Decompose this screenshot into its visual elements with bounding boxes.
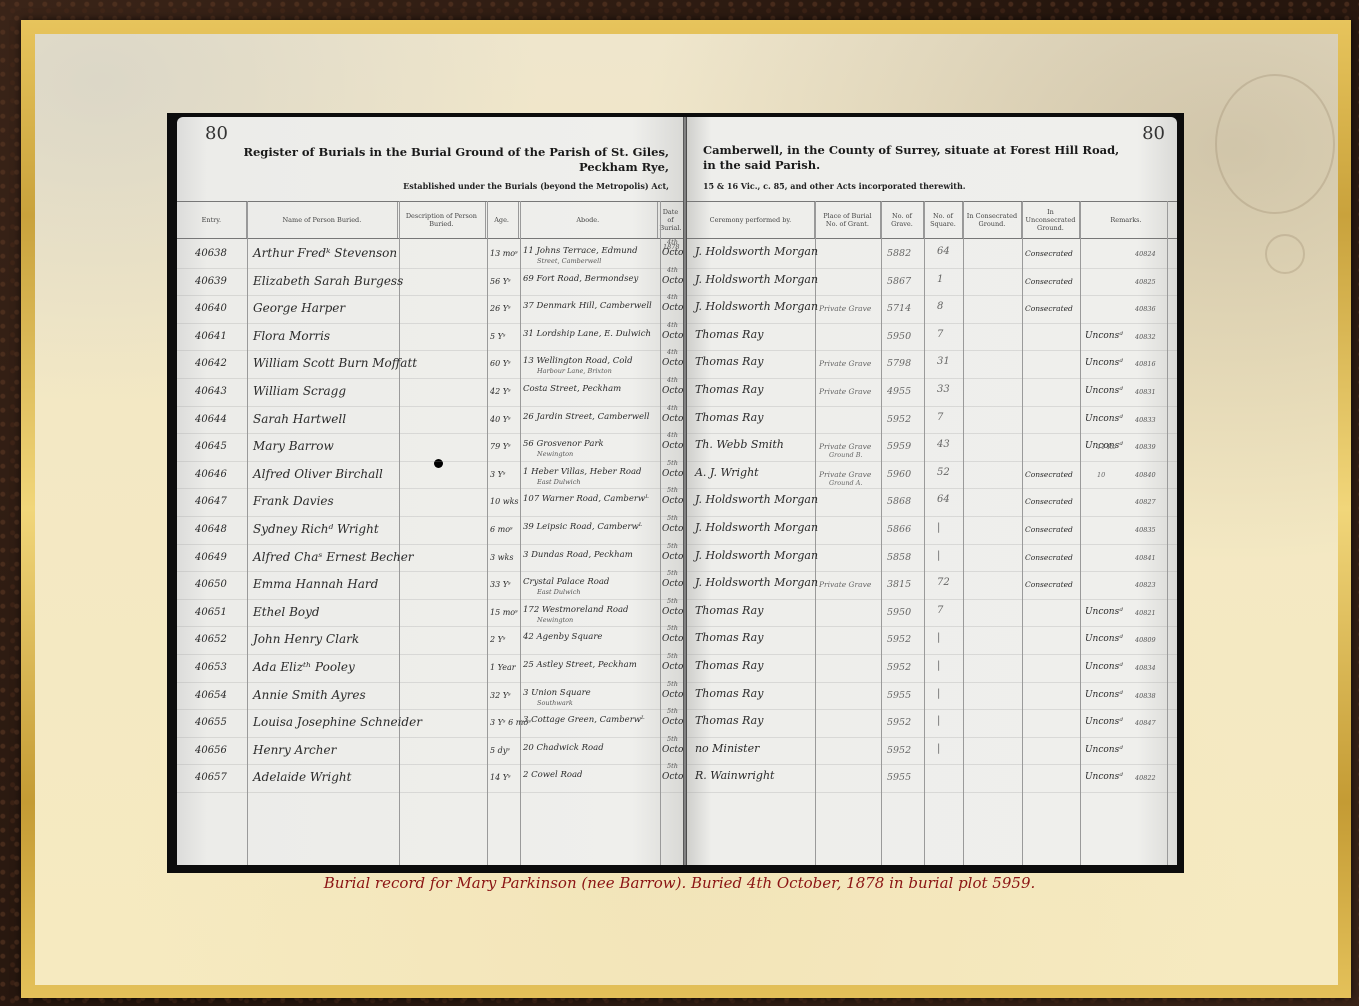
abode-line2: Newington — [537, 616, 573, 624]
consecrated-ground: Consecrated — [1025, 497, 1073, 506]
grave-number: 5959 — [887, 441, 911, 452]
square-number: 7 — [937, 605, 943, 616]
abode: 42 Agenby Square — [523, 632, 602, 642]
header-unconsecrated: In Unconsecrated Ground. — [1022, 202, 1080, 238]
entry-number: 40654 — [195, 690, 227, 701]
unconsecrated-ground: Unconsᵈ — [1085, 386, 1123, 396]
ceremony-performed-by: J. Holdsworth Morgan — [695, 521, 818, 534]
burial-month: Octo — [662, 331, 683, 341]
ceremony-performed-by: A. J. Wright — [695, 466, 759, 479]
abode: 2 Cowel Road — [523, 770, 582, 780]
age: 2 Yˢ — [490, 635, 506, 644]
reference-number: 40838 — [1135, 692, 1156, 700]
grave-number: 5866 — [887, 524, 911, 535]
table-row: J. Holdsworth Morgan 5866 | Consecrated … — [687, 517, 1177, 545]
consecrated-ground: Consecrated — [1025, 249, 1073, 258]
burial-month: Octo — [662, 414, 683, 424]
table-row: J. Holdsworth Morgan Private Grave 3815 … — [687, 572, 1177, 600]
table-row: 40656 Henry Archer 5 dyˢ 20 Chadwick Roa… — [177, 738, 683, 766]
entry-number: 40646 — [195, 469, 227, 480]
unconsecrated-ground: Unconsᵈ — [1085, 717, 1123, 727]
square-number: 64 — [937, 494, 950, 505]
abode: Costa Street, Peckham — [523, 384, 621, 394]
entry-number: 40638 — [195, 248, 227, 259]
person-name: Mary Barrow — [253, 439, 334, 453]
square-number: 7 — [937, 412, 943, 423]
reference-number: 40834 — [1135, 664, 1156, 672]
abode-line2: Southwark — [537, 699, 573, 707]
age: 5 dyˢ — [490, 746, 510, 755]
abode: 26 Jardin Street, Camberwell — [523, 412, 649, 422]
ceremony-performed-by: J. Holdsworth Morgan — [695, 245, 818, 258]
burial-entries-left: 40638 Arthur Fredᵏ Stevenson 13 moˢ 11 J… — [177, 241, 683, 865]
header-entry: Entry. — [177, 202, 247, 238]
reference-number: 40836 — [1135, 305, 1156, 313]
entry-number: 40648 — [195, 524, 227, 535]
unconsecrated-ground: Unconsᵈ — [1085, 662, 1123, 672]
reference-number: 40823 — [1135, 581, 1156, 589]
reference-number: 40833 — [1135, 416, 1156, 424]
abode: 56 Grosvenor Park — [523, 439, 604, 449]
table-row: J. Holdsworth Morgan 5858 | Consecrated … — [687, 545, 1177, 573]
square-number: 1 — [937, 274, 943, 285]
burial-day: 4th — [667, 238, 678, 246]
grave-number: 5714 — [887, 303, 911, 314]
ceremony-performed-by: J. Holdsworth Morgan — [695, 300, 818, 313]
table-row: Thomas Ray 5950 7 Unconsᵈ 40821 — [687, 600, 1177, 628]
reference-number: 40827 — [1135, 498, 1156, 506]
flourish-ornament — [1215, 74, 1335, 214]
grave-number: 5952 — [887, 414, 911, 425]
consecrated-ground: Consecrated — [1025, 277, 1073, 286]
abode: 25 Astley Street, Peckham — [523, 660, 637, 670]
entry-number: 40657 — [195, 772, 227, 783]
square-number: 33 — [937, 384, 950, 395]
entry-number: 40640 — [195, 303, 227, 314]
table-row: 40649 Alfred Chaˢ Ernest Becher 3 wks 3 … — [177, 545, 683, 573]
table-row: Thomas Ray 5952 7 Unconsᵈ 40833 — [687, 407, 1177, 435]
age: 26 Yˢ — [490, 304, 511, 313]
abode: 69 Fort Road, Bermondsey — [523, 274, 638, 284]
square-number: | — [937, 688, 940, 699]
title-line: in the said Parish. — [703, 158, 1119, 173]
ceremony-performed-by: Thomas Ray — [695, 383, 763, 396]
unconsecrated-ground: Unconsᵈ — [1085, 358, 1123, 368]
grave-number: 5858 — [887, 552, 911, 563]
entry-number: 40643 — [195, 386, 227, 397]
header-square: No. of Square. — [924, 202, 963, 238]
entry-number: 40650 — [195, 579, 227, 590]
consecrated-ground: Consecrated — [1025, 304, 1073, 313]
table-row: 40641 Flora Morris 5 Yˢ 31 Lordship Lane… — [177, 324, 683, 352]
abode: 107 Warner Road, Camberwᴸ — [523, 494, 649, 504]
burial-month: Octo — [662, 745, 683, 755]
person-name: Ada Elizᵗʰ Pooley — [253, 660, 355, 674]
register-photo: 80 Register of Burials in the Burial Gro… — [167, 113, 1184, 873]
entry-number: 40653 — [195, 662, 227, 673]
table-row: 40640 George Harper 26 Yˢ 37 Denmark Hil… — [177, 296, 683, 324]
photo-caption: Burial record for Mary Parkinson (nee Ba… — [0, 874, 1359, 892]
burial-month: Octo — [662, 579, 683, 589]
reference-number: 40816 — [1135, 360, 1156, 368]
burial-day: 5th — [667, 459, 678, 467]
person-name: George Harper — [253, 301, 345, 315]
burial-day: 4th — [667, 348, 678, 356]
ceremony-performed-by: J. Holdsworth Morgan — [695, 273, 818, 286]
age: 13 moˢ — [490, 249, 518, 258]
square-number: 64 — [937, 246, 950, 257]
burial-month: Octo — [662, 717, 683, 727]
header-abode: Abode. — [519, 202, 658, 238]
reference-number: 40809 — [1135, 636, 1156, 644]
square-number: 8 — [937, 301, 943, 312]
place-of-burial: Private Grave — [819, 470, 871, 479]
burial-month: Octo — [662, 248, 683, 258]
square-number: | — [937, 743, 940, 754]
abode: 1 Heber Villas, Heber Road — [523, 467, 641, 477]
abode-line2: East Dulwich — [537, 478, 581, 486]
table-row: J. Holdsworth Morgan 5867 1 Consecrated … — [687, 269, 1177, 297]
square-number: | — [937, 550, 940, 561]
reference-number: 40821 — [1135, 609, 1156, 617]
square-number: | — [937, 632, 940, 643]
entry-number: 40639 — [195, 276, 227, 287]
burial-day: 4th — [667, 266, 678, 274]
header-place: Place of Burial No. of Grant. — [815, 202, 881, 238]
remark: 10 — [1097, 471, 1105, 479]
ceremony-performed-by: Th. Webb Smith — [695, 438, 784, 451]
square-number: 31 — [937, 356, 950, 367]
table-row: Thomas Ray 5952 | Unconsᵈ 40809 — [687, 627, 1177, 655]
ceremony-performed-by: R. Wainwright — [695, 769, 775, 782]
ceremony-performed-by: J. Holdsworth Morgan — [695, 549, 818, 562]
table-row: 40639 Elizabeth Sarah Burgess 56 Yˢ 69 F… — [177, 269, 683, 297]
burial-day: 5th — [667, 624, 678, 632]
abode: 172 Westmoreland Road — [523, 605, 628, 615]
place-line2: Ground A. — [829, 479, 863, 487]
abode: 11 Johns Terrace, Edmund — [523, 246, 638, 256]
reference-number: 40841 — [1135, 554, 1156, 562]
unconsecrated-ground: Unconsᵈ — [1085, 745, 1123, 755]
age: 3 wks — [490, 553, 513, 562]
entry-number: 40647 — [195, 496, 227, 507]
register-subtitle-right: 15 & 16 Vic., c. 85, and other Acts inco… — [703, 181, 966, 191]
burial-day: 5th — [667, 569, 678, 577]
age: 3 Yˢ — [490, 470, 506, 479]
burial-entries-right: J. Holdsworth Morgan 5882 64 Consecrated… — [687, 241, 1177, 865]
age: 32 Yˢ — [490, 691, 511, 700]
unconsecrated-ground: Unconsᵈ — [1085, 414, 1123, 424]
abode: 13 Wellington Road, Cold — [523, 356, 633, 366]
table-row: J. Holdsworth Morgan 5882 64 Consecrated… — [687, 241, 1177, 269]
reference-number: 40839 — [1135, 443, 1156, 451]
table-row: Thomas Ray 5950 7 Unconsᵈ 40832 — [687, 324, 1177, 352]
abode: 39 Leipsic Road, Camberwᴸ — [523, 522, 642, 532]
square-number: 43 — [937, 439, 950, 450]
table-row: 40650 Emma Hannah Hard 33 Yˢ Crystal Pal… — [177, 572, 683, 600]
table-row: 40653 Ada Elizᵗʰ Pooley 1 Year 25 Astley… — [177, 655, 683, 683]
abode-line2: Street, Camberwell — [537, 257, 601, 265]
ceremony-performed-by: J. Holdsworth Morgan — [695, 576, 818, 589]
title-line: Register of Burials in the Burial Ground… — [243, 145, 669, 160]
reference-number: 40847 — [1135, 719, 1156, 727]
flourish-ornament — [1265, 234, 1305, 274]
abode: Crystal Palace Road — [523, 577, 609, 587]
left-page: 80 Register of Burials in the Burial Gro… — [177, 117, 683, 865]
age: 15 moˢ — [490, 608, 518, 617]
ceremony-performed-by: Thomas Ray — [695, 631, 763, 644]
right-page: 80 Camberwell, in the County of Surrey, … — [687, 117, 1177, 865]
grave-number: 3815 — [887, 579, 911, 590]
abode: 3 Cottage Green, Camberwᴸ — [523, 715, 645, 725]
header-grave: No. of Grave. — [881, 202, 924, 238]
grave-number: 5952 — [887, 717, 911, 728]
header-date: Date of Burial. — [658, 202, 683, 238]
burial-day: 5th — [667, 707, 678, 715]
table-row: no Minister 5952 | Unconsᵈ — [687, 738, 1177, 766]
burial-day: 5th — [667, 597, 678, 605]
consecrated-ground: Consecrated — [1025, 525, 1073, 534]
grave-number: 4955 — [887, 386, 911, 397]
grave-number: 5950 — [887, 607, 911, 618]
square-number: | — [937, 522, 940, 533]
unconsecrated-ground: Unconsᵈ — [1085, 634, 1123, 644]
place-of-burial: Private Grave — [819, 442, 871, 451]
entry-number: 40644 — [195, 414, 227, 425]
entry-number: 40641 — [195, 331, 227, 342]
burial-month: Octo — [662, 441, 683, 451]
burial-month: Octo — [662, 772, 683, 782]
reference-number: 40825 — [1135, 278, 1156, 286]
consecrated-ground: Consecrated — [1025, 580, 1073, 589]
page-number-left: 80 — [205, 123, 228, 144]
unconsecrated-ground: Unconsᵈ — [1085, 772, 1123, 782]
burial-month: Octo — [662, 276, 683, 286]
table-row: A. J. Wright Private Grave Ground A. 596… — [687, 462, 1177, 490]
table-row: Thomas Ray 5955 | Unconsᵈ 40838 — [687, 683, 1177, 711]
table-row: 40652 John Henry Clark 2 Yˢ 42 Agenby Sq… — [177, 627, 683, 655]
burial-month: Octo — [662, 634, 683, 644]
place-of-burial: Private Grave — [819, 580, 871, 589]
grave-number: 5867 — [887, 276, 911, 287]
table-row: 40654 Annie Smith Ayres 32 Yˢ 3 Union Sq… — [177, 683, 683, 711]
table-row: 40651 Ethel Boyd 15 moˢ 172 Westmoreland… — [177, 600, 683, 628]
ceremony-performed-by: Thomas Ray — [695, 355, 763, 368]
age: 79 Yˢ — [490, 442, 511, 451]
ceremony-performed-by: Thomas Ray — [695, 411, 763, 424]
person-name: Emma Hannah Hard — [253, 577, 378, 591]
person-name: Elizabeth Sarah Burgess — [253, 274, 403, 288]
grave-number: 5952 — [887, 745, 911, 756]
header-age: Age. — [486, 202, 519, 238]
entry-number: 40645 — [195, 441, 227, 452]
age: 14 Yˢ — [490, 773, 511, 782]
person-name: Alfred Chaˢ Ernest Becher — [253, 550, 414, 564]
table-row: J. Holdsworth Morgan Private Grave 5714 … — [687, 296, 1177, 324]
person-name: Arthur Fredᵏ Stevenson — [253, 246, 397, 260]
person-name: John Henry Clark — [253, 632, 359, 646]
table-row: Th. Webb Smith Private Grave Ground B. 5… — [687, 434, 1177, 462]
ceremony-performed-by: Thomas Ray — [695, 714, 763, 727]
person-name: Ethel Boyd — [253, 605, 320, 619]
square-number: | — [937, 715, 940, 726]
square-number: | — [937, 660, 940, 671]
abode-line2: East Dulwich — [537, 588, 581, 596]
abode: 20 Chadwick Road — [523, 743, 604, 753]
burial-day: 5th — [667, 762, 678, 770]
entry-number: 40655 — [195, 717, 227, 728]
person-name: Adelaide Wright — [253, 770, 351, 784]
age: 1 Year — [490, 663, 516, 672]
consecrated-ground: Consecrated — [1025, 470, 1073, 479]
table-row: J. Holdsworth Morgan 5868 64 Consecrated… — [687, 489, 1177, 517]
age: 40 Yˢ — [490, 415, 511, 424]
person-name: Frank Davies — [253, 494, 334, 508]
burial-month: Octo — [662, 469, 683, 479]
reference-number: 40840 — [1135, 471, 1156, 479]
column-headers-right: Ceremony performed by. Place of Burial N… — [687, 201, 1177, 239]
register-title-left: Register of Burials in the Burial Ground… — [243, 145, 669, 175]
header-name: Name of Person Buried. — [247, 202, 398, 238]
burial-day: 4th — [667, 293, 678, 301]
person-name: Sarah Hartwell — [253, 412, 346, 426]
burial-month: Octo — [662, 524, 683, 534]
header-remarks: Remarks. — [1080, 202, 1172, 238]
person-name: Flora Morris — [253, 329, 330, 343]
page-number-right: 80 — [1142, 123, 1165, 144]
unconsecrated-ground: Unconsᵈ — [1085, 331, 1123, 341]
reference-number: 40822 — [1135, 774, 1156, 782]
burial-day: 5th — [667, 652, 678, 660]
burial-month: Octo — [662, 386, 683, 396]
reference-number: 40835 — [1135, 526, 1156, 534]
person-name: William Scragg — [253, 384, 346, 398]
grave-number: 5960 — [887, 469, 911, 480]
remark: 11 Ro — [1097, 443, 1116, 451]
table-row: 40648 Sydney Richᵈ Wright 6 moˢ 39 Leips… — [177, 517, 683, 545]
ceremony-performed-by: Thomas Ray — [695, 328, 763, 341]
table-row: 40646 Alfred Oliver Birchall 3 Yˢ 1 Hebe… — [177, 462, 683, 490]
reference-number: 40824 — [1135, 250, 1156, 258]
abode: 3 Dundas Road, Peckham — [523, 550, 633, 560]
person-name: William Scott Burn Moffatt — [253, 356, 417, 370]
burial-month: Octo — [662, 552, 683, 562]
burial-month: Octo — [662, 303, 683, 313]
table-row: Thomas Ray 5952 | Unconsᵈ 40847 — [687, 710, 1177, 738]
burial-month: Octo — [662, 358, 683, 368]
age: 10 wks — [490, 497, 519, 506]
burial-day: 5th — [667, 735, 678, 743]
abode: 3 Union Square — [523, 688, 591, 698]
table-row: 40642 William Scott Burn Moffatt 60 Yˢ 1… — [177, 351, 683, 379]
table-row: 40647 Frank Davies 10 wks 107 Warner Roa… — [177, 489, 683, 517]
grave-number: 5798 — [887, 358, 911, 369]
age: 5 Yˢ — [490, 332, 506, 341]
ceremony-performed-by: Thomas Ray — [695, 604, 763, 617]
age: 6 moˢ — [490, 525, 513, 534]
burial-day: 5th — [667, 680, 678, 688]
grave-number: 5882 — [887, 248, 911, 259]
burial-day: 4th — [667, 404, 678, 412]
table-row: Thomas Ray 5952 | Unconsᵈ 40834 — [687, 655, 1177, 683]
table-row: 40643 William Scragg 42 Yˢ Costa Street,… — [177, 379, 683, 407]
grave-number: 5952 — [887, 634, 911, 645]
reference-number: 40832 — [1135, 333, 1156, 341]
age: 33 Yˢ — [490, 580, 511, 589]
burial-day: 5th — [667, 542, 678, 550]
burial-month: Octo — [662, 607, 683, 617]
header-description: Description of Person Buried. — [398, 202, 486, 238]
square-number: 72 — [937, 577, 950, 588]
person-name: Louisa Josephine Schneider — [253, 715, 422, 729]
table-row: Thomas Ray Private Grave 4955 33 Unconsᵈ… — [687, 379, 1177, 407]
entry-number: 40652 — [195, 634, 227, 645]
table-row: 40638 Arthur Fredᵏ Stevenson 13 moˢ 11 J… — [177, 241, 683, 269]
place-of-burial: Private Grave — [819, 304, 871, 313]
square-number: 7 — [937, 329, 943, 340]
abode: 31 Lordship Lane, E. Dulwich — [523, 329, 651, 339]
grave-number: 5950 — [887, 331, 911, 342]
burial-month: Octo — [662, 690, 683, 700]
age: 56 Yˢ — [490, 277, 511, 286]
consecrated-ground: Consecrated — [1025, 553, 1073, 562]
ceremony-performed-by: J. Holdsworth Morgan — [695, 493, 818, 506]
ceremony-performed-by: Thomas Ray — [695, 659, 763, 672]
person-name: Henry Archer — [253, 743, 336, 757]
burial-day: 4th — [667, 376, 678, 384]
open-register-book: 80 Register of Burials in the Burial Gro… — [177, 117, 1177, 865]
unconsecrated-ground: Unconsᵈ — [1085, 690, 1123, 700]
table-row: 40655 Louisa Josephine Schneider 3 Yˢ 6 … — [177, 710, 683, 738]
grave-number: 5868 — [887, 496, 911, 507]
burial-day: 4th — [667, 321, 678, 329]
burial-day: 5th — [667, 486, 678, 494]
burial-month: Octo — [662, 662, 683, 672]
abode: 37 Denmark Hill, Camberwell — [523, 301, 652, 311]
entry-number: 40642 — [195, 358, 227, 369]
burial-month: Octo — [662, 496, 683, 506]
table-row: Thomas Ray Private Grave 5798 31 Unconsᵈ… — [687, 351, 1177, 379]
ceremony-performed-by: Thomas Ray — [695, 687, 763, 700]
place-of-burial: Private Grave — [819, 359, 871, 368]
entry-number: 40649 — [195, 552, 227, 563]
grave-number: 5952 — [887, 662, 911, 673]
header-ceremony: Ceremony performed by. — [687, 202, 815, 238]
column-headers-left: Entry. Name of Person Buried. Descriptio… — [177, 201, 683, 239]
entry-number: 40656 — [195, 745, 227, 756]
title-line: Camberwell, in the County of Surrey, sit… — [703, 143, 1119, 158]
entry-number: 40651 — [195, 607, 227, 618]
person-name: Sydney Richᵈ Wright — [253, 522, 379, 536]
grave-number: 5955 — [887, 772, 911, 783]
unconsecrated-ground: Unconsᵈ — [1085, 607, 1123, 617]
square-number: 52 — [937, 467, 950, 478]
grave-number: 5955 — [887, 690, 911, 701]
ceremony-performed-by: no Minister — [695, 742, 759, 755]
abode-line2: Newington — [537, 450, 573, 458]
abode-line2: Harbour Lane, Brixton — [537, 367, 612, 375]
register-subtitle-left: Established under the Burials (beyond th… — [403, 181, 669, 191]
table-row: 40644 Sarah Hartwell 40 Yˢ 26 Jardin Str… — [177, 407, 683, 435]
table-row: 40645 Mary Barrow 79 Yˢ 56 Grosvenor Par… — [177, 434, 683, 462]
burial-day: 4th — [667, 431, 678, 439]
register-title-right: Camberwell, in the County of Surrey, sit… — [703, 143, 1119, 173]
title-line: Peckham Rye, — [243, 160, 669, 175]
burial-day: 5th — [667, 514, 678, 522]
place-of-burial: Private Grave — [819, 387, 871, 396]
person-name: Alfred Oliver Birchall — [253, 467, 383, 481]
place-line2: Ground B. — [829, 451, 863, 459]
